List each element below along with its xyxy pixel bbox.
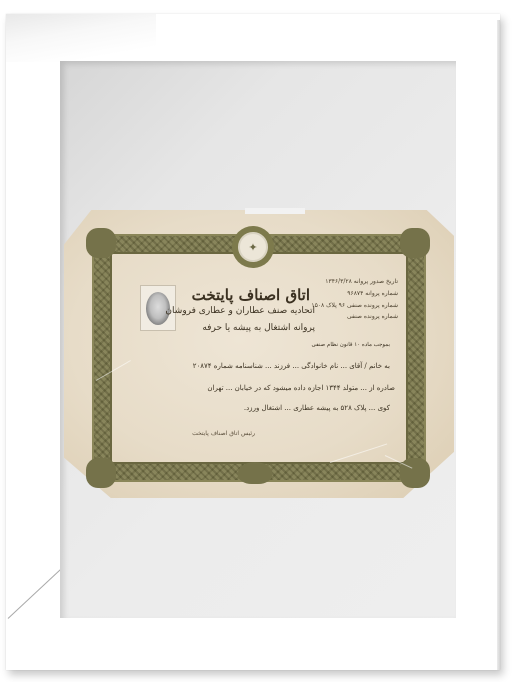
trade-line: کوی ... پلاک ۵۲۸ به پیشه عطاری ... اشتغا…	[180, 404, 390, 412]
bottom-ornament	[238, 462, 272, 484]
certificate-title: اتاق اصناف پایتخت	[200, 286, 310, 304]
frame-bevel-top-left	[6, 14, 156, 62]
ornament-corner-bottom-left	[86, 458, 116, 488]
permit-number: شماره پروانه ۹۶۸۷۴	[318, 290, 398, 297]
file-number: شماره پرونده صنفی ۹۶ پلاک ۱۵۰۸	[318, 302, 398, 309]
ornament-corner-top-right	[400, 228, 430, 258]
ornamental-border	[94, 236, 424, 480]
holder-line: به خانم / آقای ... نام خانوادگی ... فرزن…	[150, 362, 390, 370]
ornament-corner-bottom-right	[400, 458, 430, 488]
issue-date: تاریخ صدور پروانه ۱۳۴۶/۳/۲۸	[318, 278, 398, 285]
file-extra: شماره پرونده صنفی	[318, 313, 398, 320]
frame-right-edge	[497, 20, 500, 670]
paper-tear	[245, 208, 305, 214]
ornament-corner-top-left	[86, 228, 116, 258]
crest-emblem: ✦	[232, 226, 274, 268]
signature-label: رئیس اتاق اصناف پایتخت	[175, 430, 255, 437]
emblem-icon: ✦	[238, 232, 268, 262]
permit-line: پروانه اشتغال به پیشه یا حرفه	[205, 323, 315, 333]
legal-reference: بموجب ماده ۱۰ قانون نظام صنفی	[300, 342, 390, 348]
union-line: اتحادیه صنف عطاران و عطاری فروشان	[205, 306, 315, 316]
birth-address-line: صادره از ... متولد ۱۳۴۴ اجازه داده میشود…	[145, 384, 395, 392]
